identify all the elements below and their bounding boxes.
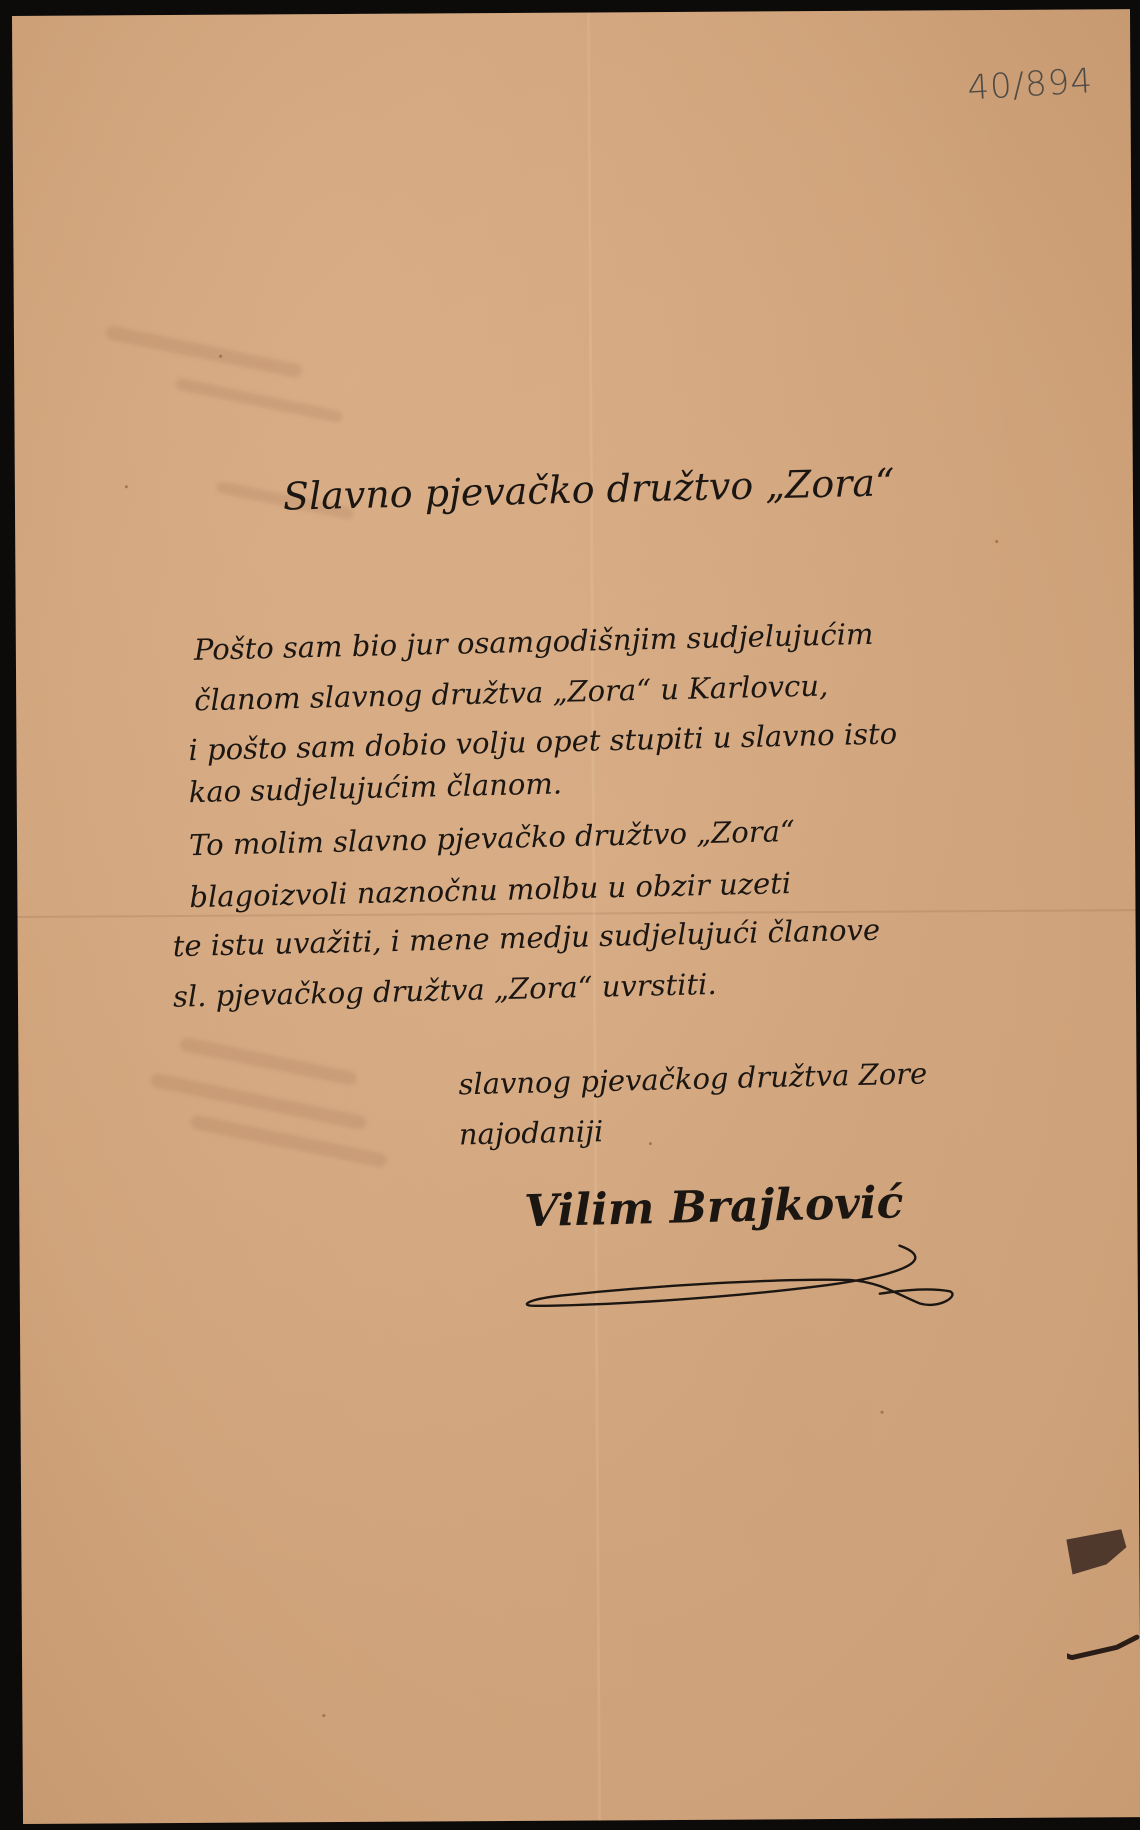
ink-blot <box>1066 1529 1140 1670</box>
body-line: i pošto sam dobio volju opet stupiti u s… <box>188 716 897 767</box>
body-line: članom slavnog družtva „Zora“ u Karlovcu… <box>194 668 829 717</box>
foxing-spot <box>649 1142 652 1145</box>
letter-paper: 40/894 Slavno pjevačko družtvo „Zora“ Po… <box>12 9 1140 1824</box>
archive-number: 40/894 <box>966 61 1094 108</box>
body-line: Pošto sam bio jur osamgodišnjim sudjeluj… <box>194 617 874 667</box>
foxing-spot <box>219 355 222 358</box>
signature-flourish <box>519 1235 999 1318</box>
horizontal-fold <box>17 909 1135 918</box>
ink-bleed <box>179 1036 358 1086</box>
closing-line: najodaniji <box>458 1114 603 1151</box>
body-line: blagoizvoli naznočnu molbu u obzir uzeti <box>189 866 791 914</box>
salutation: Slavno pjevačko družtvo „Zora“ <box>282 460 894 518</box>
closing-line: slavnog pjevačkog družtva Zore <box>458 1056 927 1101</box>
vertical-fold <box>587 12 601 1820</box>
body-line: To molim slavno pjevačko družtvo „Zora“ <box>189 814 795 862</box>
ink-bleed <box>175 377 344 423</box>
signature: Vilim Brajković <box>524 1177 904 1237</box>
body-line: sl. pjevačkog družtva „Zora“ uvrstiti. <box>173 967 717 1014</box>
foxing-spot <box>322 1714 325 1717</box>
foxing-spot <box>881 1411 884 1414</box>
foxing-spot <box>995 540 998 543</box>
ink-bleed <box>105 325 304 379</box>
foxing-spot <box>125 485 128 488</box>
body-line: te istu uvažiti, i mene medju sudjelujuć… <box>172 913 880 964</box>
body-line: kao sudjelujućim članom. <box>188 766 562 809</box>
